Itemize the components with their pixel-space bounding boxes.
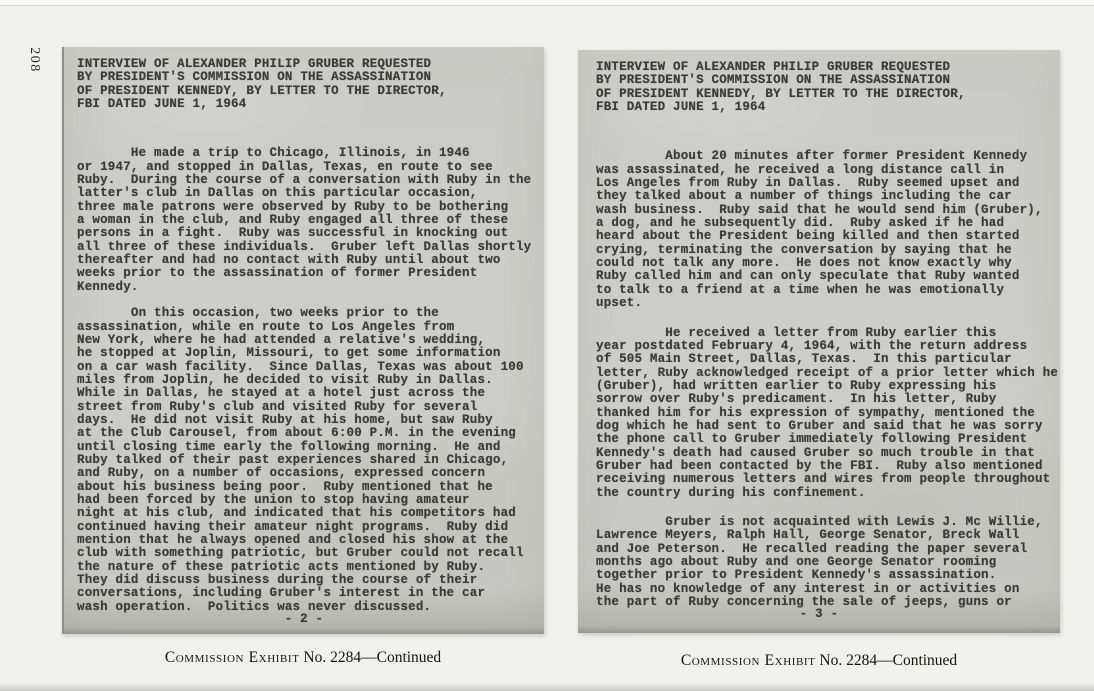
- exhibit-caption-number: No. 2284—Continued: [303, 649, 441, 666]
- paragraph: On this occasion, two weeks prior to the…: [77, 307, 544, 614]
- paragraph: He received a letter from Ruby earlier t…: [596, 327, 1060, 500]
- exhibit-caption: Commission Exhibit No. 2284—Continued: [62, 649, 544, 667]
- exhibit-page-2: INTERVIEW OF ALEXANDER PHILIP GRUBER REQ…: [62, 47, 544, 634]
- paragraph: Gruber is not acquainted with Lewis J. M…: [596, 516, 1060, 609]
- book-spread-scan: 208 INTERVIEW OF ALEXANDER PHILIP GRUBER…: [0, 0, 1094, 691]
- page-number: - 2 -: [64, 613, 544, 626]
- exhibit-caption-label: Commission Exhibit: [681, 652, 816, 669]
- exhibit-caption-label: Commission Exhibit: [165, 649, 300, 666]
- exhibit-caption-number: No. 2284—Continued: [819, 652, 957, 669]
- paragraph: He made a trip to Chicago, Illinois, in …: [77, 147, 544, 294]
- exhibit-caption: Commission Exhibit No. 2284—Continued: [578, 652, 1060, 670]
- document-header: INTERVIEW OF ALEXANDER PHILIP GRUBER REQ…: [77, 58, 544, 111]
- page-number: - 3 -: [578, 608, 1060, 621]
- book-page-number: 208: [16, 42, 52, 78]
- document-header: INTERVIEW OF ALEXANDER PHILIP GRUBER REQ…: [596, 61, 1060, 114]
- paragraph: About 20 minutes after former President …: [596, 150, 1060, 310]
- exhibit-page-3: INTERVIEW OF ALEXANDER PHILIP GRUBER REQ…: [578, 50, 1060, 633]
